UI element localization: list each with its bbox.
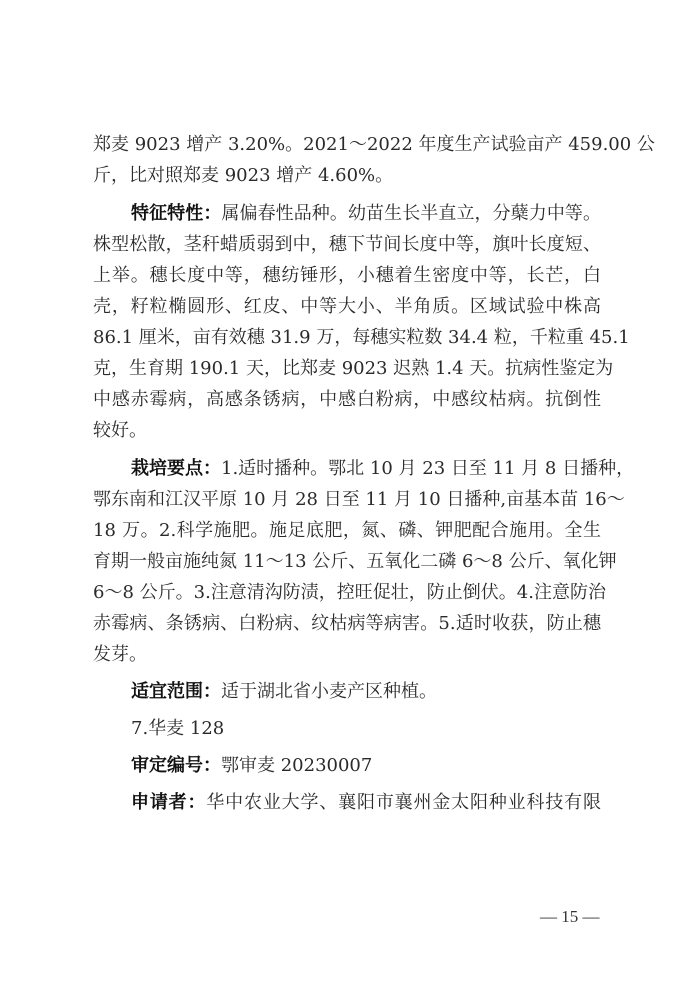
section-applicant: 申请者：华中农业大学、襄阳市襄州金太阳种业科技有限 (131, 788, 601, 818)
line-text: 株型松散，茎秆蜡质弱到中，穗下节间长度中等，旗叶长度短、 (93, 234, 601, 255)
text-line: 6～8 公斤。3.注意清沟防渍，控旺促壮，防止倒伏。4.注意防治 (93, 578, 601, 608)
text-line: 赤霉病、条锈病、白粉病、纹枯病等病害。5.适时收获，防止穗 (93, 609, 601, 639)
line-text: 鄂东南和江汉平原 10 月 28 日至 11 月 10 日播种,亩基本苗 16～ (93, 489, 625, 510)
text-line: 中感赤霉病，高感条锈病，中感白粉病，中感纹枯病。抗倒性 (93, 385, 601, 415)
section-cultivation: 栽培要点：1.适时播种。鄂北 10 月 23 日至 11 月 8 日播种， (131, 454, 601, 484)
line-text: 7.华麦 128 (131, 718, 224, 739)
text-line: 郑麦 9023 增产 3.20%。2021～2022 年度生产试验亩产 459.… (93, 130, 601, 160)
section-suitable-area: 适宜范围：适于湖北省小麦产区种植。 (131, 677, 601, 707)
text-line: 克，生育期 190.1 天，比郑麦 9023 迟熟 1.4 天。抗病性鉴定为 (93, 354, 601, 384)
variety-heading: 7.华麦 128 (131, 714, 601, 744)
line-text: 1.适时播种。鄂北 10 月 23 日至 11 月 8 日播种， (221, 458, 634, 479)
line-text: 发芽。 (93, 644, 147, 665)
section-label: 栽培要点： (131, 458, 221, 479)
text-line: 育期一般亩施纯氮 11～13 公斤、五氧化二磷 6～8 公斤、氧化钾 (93, 547, 601, 577)
line-text: 适于湖北省小麦产区种植。 (221, 681, 437, 702)
text-line: 上举。穗长度中等，穗纺锤形，小穗着生密度中等，长芒，白 (93, 261, 601, 291)
line-text: 育期一般亩施纯氮 11～13 公斤、五氧化二磷 6～8 公斤、氧化钾 (93, 551, 617, 572)
text-line: 鄂东南和江汉平原 10 月 28 日至 11 月 10 日播种,亩基本苗 16～ (93, 485, 601, 515)
line-text: 鄂审麦 20230007 (221, 755, 372, 776)
section-label: 申请者： (131, 792, 206, 813)
section-characteristics: 特征特性：属偏春性品种。幼苗生长半直立，分蘖力中等。 (131, 199, 601, 229)
line-text: 上举。穗长度中等，穗纺锤形，小穗着生密度中等，长芒，白 (93, 265, 601, 286)
text-line: 较好。 (93, 416, 601, 446)
section-label: 审定编号： (131, 755, 221, 776)
section-label: 特征特性： (131, 203, 221, 224)
line-text: 中感赤霉病，高感条锈病，中感白粉病，中感纹枯病。抗倒性 (93, 389, 601, 410)
text-line: 86.1 厘米，亩有效穗 31.9 万，每穗实粒数 34.4 粒，千粒重 45.… (93, 323, 601, 353)
line-text: 华中农业大学、襄阳市襄州金太阳种业科技有限 (206, 792, 601, 813)
line-text: 壳，籽粒椭圆形、红皮、中等大小、半角质。区域试验中株高 (93, 296, 601, 317)
line-text: 斤，比对照郑麦 9023 增产 4.60%。 (93, 165, 393, 186)
line-text: 18 万。2.科学施肥。施足底肥，氮、磷、钾肥配合施用。全生 (93, 520, 601, 541)
text-line: 壳，籽粒椭圆形、红皮、中等大小、半角质。区域试验中株高 (93, 292, 601, 322)
section-label: 适宜范围： (131, 681, 221, 702)
line-text: 属偏春性品种。幼苗生长半直立，分蘖力中等。 (221, 203, 601, 224)
line-text: 86.1 厘米，亩有效穗 31.9 万，每穗实粒数 34.4 粒，千粒重 45.… (93, 327, 630, 348)
text-line: 斤，比对照郑麦 9023 增产 4.60%。 (93, 161, 601, 191)
text-line: 18 万。2.科学施肥。施足底肥，氮、磷、钾肥配合施用。全生 (93, 516, 601, 546)
page-number: — 15 — (540, 905, 600, 929)
line-text: 6～8 公斤。3.注意清沟防渍，控旺促壮，防止倒伏。4.注意防治 (93, 582, 606, 603)
line-text: 较好。 (93, 420, 147, 441)
line-text: 赤霉病、条锈病、白粉病、纹枯病等病害。5.适时收获，防止穗 (93, 613, 601, 634)
line-text: 克，生育期 190.1 天，比郑麦 9023 迟熟 1.4 天。抗病性鉴定为 (93, 358, 613, 379)
section-approval-number: 审定编号：鄂审麦 20230007 (131, 751, 601, 781)
text-line: 发芽。 (93, 640, 601, 670)
document-page: 郑麦 9023 增产 3.20%。2021～2022 年度生产试验亩产 459.… (0, 0, 690, 981)
line-text: 郑麦 9023 增产 3.20%。2021～2022 年度生产试验亩产 459.… (93, 134, 655, 155)
text-line: 株型松散，茎秆蜡质弱到中，穗下节间长度中等，旗叶长度短、 (93, 230, 601, 260)
